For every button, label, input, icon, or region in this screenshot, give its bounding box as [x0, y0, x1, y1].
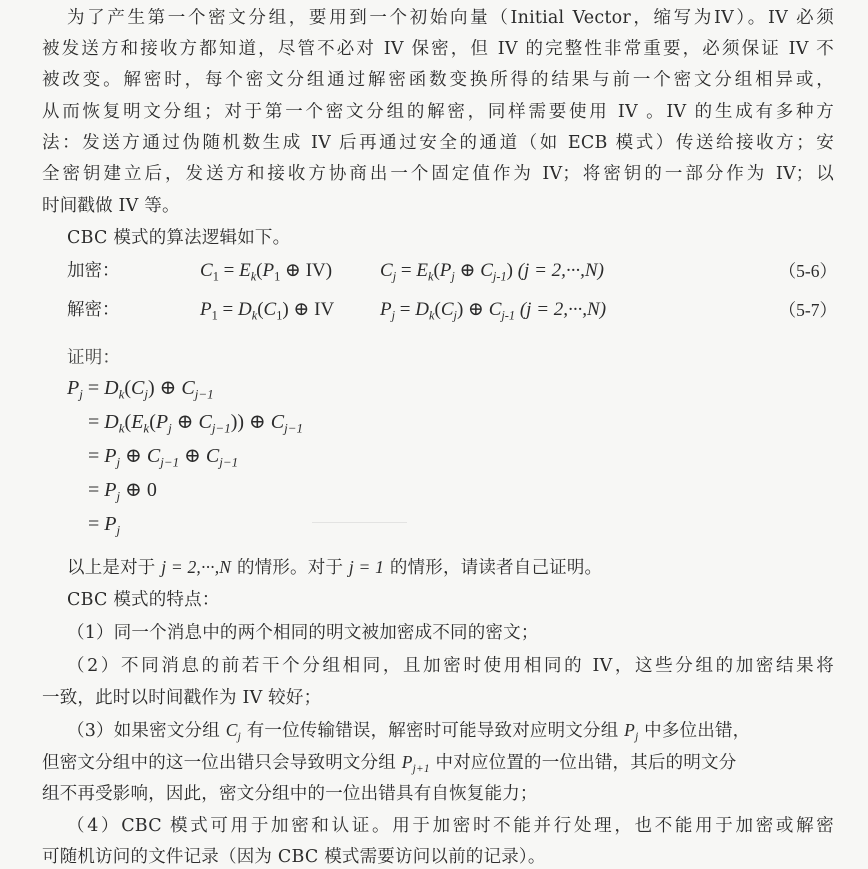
equation-encrypt-general: Cj = Ek(Pj ⊕ Cj-1) (j = 2,···,N)	[380, 255, 604, 287]
feature-4-line-2: 可随机访问的文件记录（因为 CBC 模式需要访问以前的记录）。	[42, 841, 834, 869]
proof-step-2: = Dk(Ek(Pj ⊕ Cj−1)) ⊕ Cj−1	[88, 407, 303, 437]
algorithm-intro: CBC 模式的算法逻辑如下。	[67, 222, 834, 254]
paragraph-iv-line-7: 时间戳做 IV 等。	[42, 190, 834, 222]
proof-step-5: = Pj	[88, 509, 120, 539]
paragraph-iv-line-5: 法：发送方通过伪随机数生成 IV 后再通过安全的通道（如 ECB 模式）传送给接…	[42, 127, 834, 159]
equation-decrypt: 解密： P1 = Dk(C1) ⊕ IV Pj = Dk(Cj) ⊕ Cj-1 …	[67, 294, 837, 326]
equation-number: （5-6）	[779, 255, 837, 287]
feature-3-line-1: （3）如果密文分组 Cj 有一位传输错误，解密时可能导致对应明文分组 Pj 中多…	[67, 714, 834, 746]
document-page: 为了产生第一个密文分组，要用到一个初始向量（Initial Vector，缩写为…	[0, 0, 868, 869]
proof-step-4: = Pj ⊕ 0	[88, 475, 157, 505]
paragraph-iv-line-4: 从而恢复明文分组；对于第一个密文分组的解密，同样需要使用 IV 。IV 的生成有…	[42, 96, 834, 128]
feature-4-line-1: （4）CBC 模式可用于加密和认证。用于加密时不能并行处理，也不能用于加密或解密	[67, 810, 834, 842]
equation-decrypt-first: P1 = Dk(C1) ⊕ IV	[200, 294, 334, 326]
proof-label: 证明：	[67, 342, 834, 374]
feature-2-line-1: （2）不同消息的前若干个分组相同，且加密时使用相同的 IV，这些分组的加密结果将	[67, 650, 834, 682]
paragraph-iv-line-1: 为了产生第一个密文分组，要用到一个初始向量（Initial Vector，缩写为…	[67, 2, 834, 34]
equation-encrypt-first: C1 = Ek(P1 ⊕ IV)	[200, 255, 332, 287]
proof-step-1: Pj = Dk(Cj) ⊕ Cj−1	[67, 373, 214, 403]
feature-3-line-3: 组不再受影响，因此，密文分组中的一位出错具有自恢复能力；	[42, 778, 834, 810]
proof-note: 以上是对于 j = 2,···,N 的情形。对于 j = 1 的情形，请读者自己…	[67, 551, 834, 583]
feature-1: （1）同一个消息中的两个相同的明文被加密成不同的密文；	[67, 617, 834, 649]
paragraph-iv-line-2: 被发送方和接收方都知道，尽管不必对 IV 保密，但 IV 的完整性非常重要，必须…	[42, 33, 834, 65]
paragraph-iv-line-3: 被改变。解密时，每个密文分组通过解密函数变换所得的结果与前一个密文分组相异或，	[42, 64, 834, 96]
feature-3-line-2: 但密文分组中的这一位出错只会导致明文分组 Pj+1 中对应位置的一位出错，其后的…	[42, 746, 834, 778]
equation-encrypt: 加密： C1 = Ek(P1 ⊕ IV) Cj = Ek(Pj ⊕ Cj-1) …	[67, 255, 837, 287]
feature-2-line-2: 一致，此时以时间戳作为 IV 较好；	[42, 682, 834, 714]
equation-number: （5-7）	[779, 294, 837, 326]
scan-artifact	[312, 522, 407, 523]
equation-label: 加密：	[67, 255, 120, 287]
equation-decrypt-general: Pj = Dk(Cj) ⊕ Cj-1 (j = 2,···,N)	[380, 294, 606, 326]
paragraph-iv-line-6: 全密钥建立后，发送方和接收方协商出一个固定值作为 IV；将密钥的一部分作为 IV…	[42, 158, 834, 190]
proof-step-3: = Pj ⊕ Cj−1 ⊕ Cj−1	[88, 441, 238, 471]
features-title: CBC 模式的特点：	[67, 584, 834, 616]
equation-label: 解密：	[67, 294, 120, 326]
